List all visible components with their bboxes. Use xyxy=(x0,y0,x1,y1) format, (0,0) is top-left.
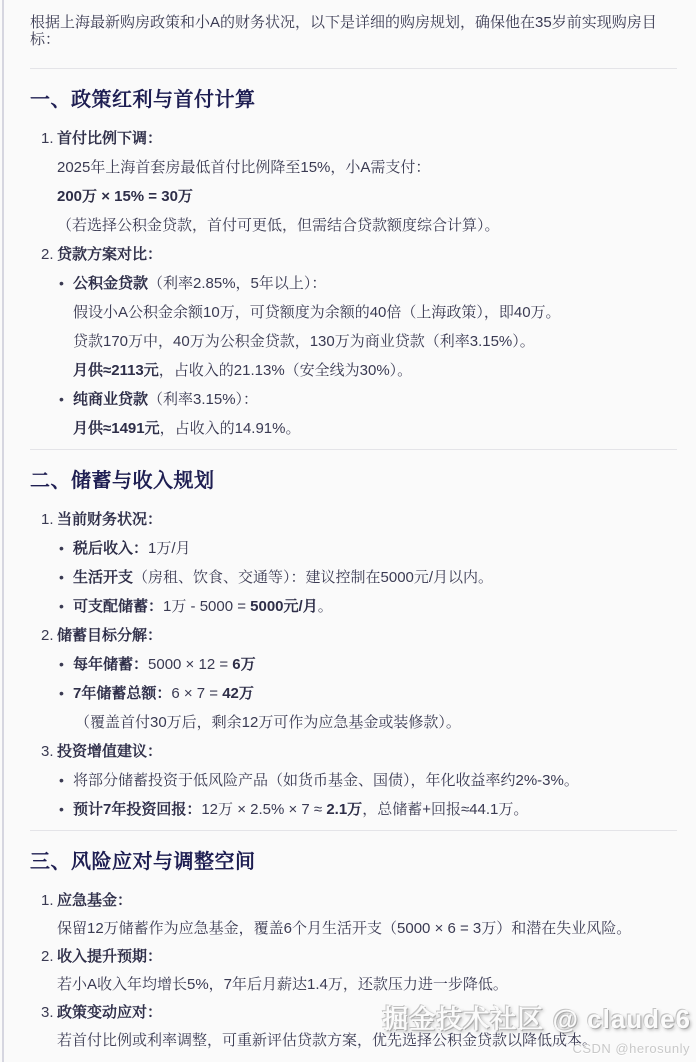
numbered-item-head: 1. 首付比例下调： xyxy=(30,130,677,147)
item-label: 应急基金： xyxy=(57,892,132,909)
item-paragraph: 若小A收入年均增长5%，7年后月薪达1.4万，还款压力进一步降低。 xyxy=(57,976,677,993)
bullet-text: 公积金贷款（利率2.85%，5年以上）： xyxy=(73,275,326,292)
item-number: 2. xyxy=(41,627,57,644)
note-line: （若选择公积金贷款，首付可更低，但需结合贷款额度综合计算）。 xyxy=(57,217,677,234)
bullet-text: 每年储蓄：5000 × 12 = 6万 xyxy=(73,656,256,673)
numbered-item-head: 3. 投资增值建议： xyxy=(30,743,677,760)
bullet-paragraph: 贷款170万中，40万为公积金贷款，130万为商业贷款（利率3.15%）。 xyxy=(73,333,677,350)
item-label: 首付比例下调： xyxy=(57,130,162,147)
bullet-term: 纯商业贷款 xyxy=(73,391,148,408)
bullet-marker: • xyxy=(59,598,73,615)
bullet-text: 税后收入：1万/月 xyxy=(73,540,191,557)
bullet-item: • 公积金贷款（利率2.85%，5年以上）： 假设小A公积金余额10万，可贷额度… xyxy=(30,275,677,379)
numbered-item-head: 2. 贷款方案对比： xyxy=(30,246,677,263)
numbered-item: 1. 当前财务状况： • 税后收入：1万/月 • 生活开支（房租、饮食、交通等）… xyxy=(30,511,677,615)
numbered-item-head: 1. 当前财务状况： xyxy=(30,511,677,528)
bullet-math: 1万 - 5000 = xyxy=(163,598,250,615)
bullet-marker: • xyxy=(59,569,73,586)
monthly-payment-value: 月供≈2113元 xyxy=(73,362,159,379)
bullet-text: 生活开支（房租、饮食、交通等）：建议控制在5000元/月以内。 xyxy=(73,569,493,586)
bullet-term: 公积金贷款 xyxy=(73,275,148,292)
item-paragraph: 若首付比例或利率调整，可重新评估贷款方案，优先选择公积金贷款以降低成本。 xyxy=(57,1032,677,1049)
bullet-term: 7年储蓄总额： xyxy=(73,685,171,702)
bullet-text: 纯商业贷款（利率3.15%）： xyxy=(73,391,258,408)
item-number: 1. xyxy=(41,130,57,147)
section-divider xyxy=(30,830,677,831)
bullet-text: 可支配储蓄：1万 - 5000 = 5000元/月。 xyxy=(73,598,333,615)
bullet-term: 每年储蓄： xyxy=(73,656,148,673)
section-divider xyxy=(30,449,677,450)
bullet-value: （房租、饮食、交通等）：建议控制在5000元/月以内。 xyxy=(133,569,493,586)
bullet-math: 6 × 7 = xyxy=(171,685,222,702)
bullet-value: 1万/月 xyxy=(148,540,191,557)
bullet-item: • 纯商业贷款（利率3.15%）： 月供≈1491元，占收入的14.91%。 xyxy=(30,391,677,437)
monthly-payment-rest: ，占收入的14.91%。 xyxy=(160,420,301,437)
numbered-item: 1. 首付比例下调： 2025年上海首套房最低首付比例降至15%，小A需支付： … xyxy=(30,130,677,234)
numbered-item-head: 2. 收入提升预期： xyxy=(30,948,677,965)
bullet-term: 可支配储蓄： xyxy=(73,598,163,615)
bullet-marker: • xyxy=(59,540,73,557)
item-paragraph: 2025年上海首套房最低首付比例降至15%，小A需支付： xyxy=(57,159,677,176)
section-3-list: 1. 应急基金： 保留12万储蓄作为应急基金，覆盖6个月生活开支（5000 × … xyxy=(30,892,677,1049)
item-paragraph: 保留12万储蓄作为应急基金，覆盖6个月生活开支（5000 × 6 = 3万）和潜… xyxy=(57,920,677,937)
item-number: 3. xyxy=(41,1004,57,1021)
numbered-item: 2. 贷款方案对比： • 公积金贷款（利率2.85%，5年以上）： 假设小A公积… xyxy=(30,246,677,437)
bullet-term-rest: （利率2.85%，5年以上）： xyxy=(148,275,326,292)
bullet-math: 12万 × 2.5% × 7 ≈ xyxy=(201,801,326,818)
bullet-item: • 每年储蓄：5000 × 12 = 6万 xyxy=(59,656,677,673)
bullet-marker: • xyxy=(59,685,73,702)
bullet-marker: • xyxy=(59,801,73,818)
item-label: 收入提升预期： xyxy=(57,948,162,965)
numbered-item: 1. 应急基金： 保留12万储蓄作为应急基金，覆盖6个月生活开支（5000 × … xyxy=(30,892,677,937)
item-number: 1. xyxy=(41,892,57,909)
bullet-text: 7年储蓄总额：6 × 7 = 42万 xyxy=(73,685,254,702)
numbered-item-head: 2. 储蓄目标分解： xyxy=(30,627,677,644)
note-line: （覆盖首付30万后，剩余12万可作为应急基金或装修款）。 xyxy=(75,714,677,731)
intro-paragraph: 根据上海最新购房政策和小A的财务状况，以下是详细的购房规划，确保他在35岁前实现… xyxy=(30,14,677,48)
bullet-marker: • xyxy=(59,772,73,789)
bullet-result: 6万 xyxy=(232,656,255,673)
bullet-head: • 纯商业贷款（利率3.15%）： xyxy=(59,391,677,408)
section-title-1: 一、政策红利与首付计算 xyxy=(30,89,677,112)
item-label: 投资增值建议： xyxy=(57,743,162,760)
item-label: 当前财务状况： xyxy=(57,511,162,528)
item-number: 2. xyxy=(41,948,57,965)
item-label: 政策变动应对： xyxy=(57,1004,162,1021)
bullet-term: 预计7年投资回报： xyxy=(73,801,201,818)
bullet-term-rest: （利率3.15%）： xyxy=(148,391,258,408)
monthly-payment-value: 月供≈1491元 xyxy=(73,420,160,437)
formula-line: 200万 × 15% = 30万 xyxy=(57,188,677,205)
bullet-item: • 生活开支（房租、饮食、交通等）：建议控制在5000元/月以内。 xyxy=(59,569,677,586)
bullet-tail: ，总储蓄+回报≈44.1万。 xyxy=(362,801,528,818)
bullet-result: 5000元/月 xyxy=(250,598,318,615)
bullet-math: 5000 × 12 = xyxy=(148,656,232,673)
numbered-item: 3. 投资增值建议： • 将部分储蓄投资于低风险产品（如货币基金、国债），年化收… xyxy=(30,743,677,818)
bullet-head: • 公积金贷款（利率2.85%，5年以上）： xyxy=(59,275,677,292)
bullet-item: • 税后收入：1万/月 xyxy=(59,540,677,557)
bullet-result: 2.1万 xyxy=(326,801,362,818)
bullet-text: 将部分储蓄投资于低风险产品（如货币基金、国债），年化收益率约2%-3%。 xyxy=(73,772,579,789)
section-1-list: 1. 首付比例下调： 2025年上海首套房最低首付比例降至15%，小A需支付： … xyxy=(30,130,677,437)
section-2-list: 1. 当前财务状况： • 税后收入：1万/月 • 生活开支（房租、饮食、交通等）… xyxy=(30,511,677,818)
bullet-result: 42万 xyxy=(222,685,254,702)
bullet-item: • 将部分储蓄投资于低风险产品（如货币基金、国债），年化收益率约2%-3%。 xyxy=(59,772,677,789)
section-title-3: 三、风险应对与调整空间 xyxy=(30,851,677,874)
section-title-2: 二、储蓄与收入规划 xyxy=(30,470,677,493)
bullet-tail: 。 xyxy=(318,598,333,615)
section-divider xyxy=(30,68,677,69)
numbered-item-head: 3. 政策变动应对： xyxy=(30,1004,677,1021)
bullet-text: 预计7年投资回报：12万 × 2.5% × 7 ≈ 2.1万，总储蓄+回报≈44… xyxy=(73,801,528,818)
bullet-marker: • xyxy=(59,391,73,408)
item-label: 储蓄目标分解： xyxy=(57,627,162,644)
item-label: 贷款方案对比： xyxy=(57,246,162,263)
bullet-term: 税后收入： xyxy=(73,540,148,557)
bullet-paragraph: 假设小A公积金余额10万，可贷额度为余额的40倍（上海政策），即40万。 xyxy=(73,304,677,321)
bullet-item: • 预计7年投资回报：12万 × 2.5% × 7 ≈ 2.1万，总储蓄+回报≈… xyxy=(59,801,677,818)
numbered-item: 3. 政策变动应对： 若首付比例或利率调整，可重新评估贷款方案，优先选择公积金贷… xyxy=(30,1004,677,1049)
numbered-item: 2. 储蓄目标分解： • 每年储蓄：5000 × 12 = 6万 • 7年储蓄总… xyxy=(30,627,677,731)
bullet-marker: • xyxy=(59,656,73,673)
monthly-payment-rest: ，占收入的21.13%（安全线为30%）。 xyxy=(159,362,412,379)
item-number: 3. xyxy=(41,743,57,760)
bullet-marker: • xyxy=(59,275,73,292)
bullet-item: • 7年储蓄总额：6 × 7 = 42万 xyxy=(59,685,677,702)
item-number: 2. xyxy=(41,246,57,263)
bullet-item: • 可支配储蓄：1万 - 5000 = 5000元/月。 xyxy=(59,598,677,615)
item-number: 1. xyxy=(41,511,57,528)
numbered-item: 2. 收入提升预期： 若小A收入年均增长5%，7年后月薪达1.4万，还款压力进一… xyxy=(30,948,677,993)
bullet-term: 生活开支 xyxy=(73,569,133,586)
numbered-item-head: 1. 应急基金： xyxy=(30,892,677,909)
bullet-paragraph: 月供≈2113元，占收入的21.13%（安全线为30%）。 xyxy=(73,362,677,379)
document-body: 根据上海最新购房政策和小A的财务状况，以下是详细的购房规划，确保他在35岁前实现… xyxy=(0,0,696,1060)
bullet-paragraph: 月供≈1491元，占收入的14.91%。 xyxy=(73,420,677,437)
